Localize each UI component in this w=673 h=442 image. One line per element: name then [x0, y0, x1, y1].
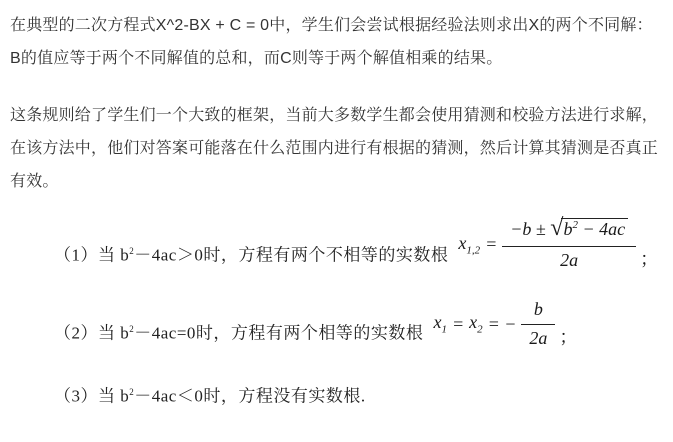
- formula-2-x1-subscript: 1: [441, 324, 447, 336]
- formula-quadratic-roots: x1,2 = −b ± √b2 − 4ac 2a ；: [458, 216, 658, 273]
- formula-1-lhs: x1,2: [458, 233, 480, 257]
- formula-2-equals-2: = −: [488, 314, 517, 335]
- item-1-rest: －4ac＞0时，方程有两个不相等的实数根: [134, 246, 448, 265]
- radicand-rest: − 4ac: [578, 219, 625, 239]
- formula-1-fraction: −b ± √b2 − 4ac 2a: [502, 216, 636, 273]
- list-item-2: （2）当 b2－4ac=0时，方程有两个相等的实数根 x1 = x2 = − b…: [54, 297, 663, 351]
- formula-1-numerator: −b ± √b2 − 4ac: [502, 216, 636, 246]
- formula-2-suffix: ；: [559, 323, 577, 349]
- formula-2-x2-variable: x: [469, 312, 477, 332]
- square-root: √b2 − 4ac: [550, 219, 628, 239]
- paragraph-intro-rule: 在典型的二次方程式X^2-BX + C = 0中，学生们会尝试根据经验法则求出X…: [10, 9, 663, 75]
- formula-1-equals: =: [485, 234, 497, 255]
- item-2-prefix: （2）当 b: [54, 324, 129, 343]
- formula-1-suffix: ；: [640, 245, 658, 271]
- list-item-1-text: （1）当 b2－4ac＞0时，方程有两个不相等的实数根: [54, 240, 448, 267]
- formula-1-num-prefix: −b ±: [510, 219, 550, 239]
- list-item-3: （3）当 b2－4ac＜0时，方程没有实数根.: [54, 381, 663, 414]
- formula-2-numerator: b: [521, 297, 555, 324]
- formula-1-subscript: 1,2: [466, 244, 480, 256]
- formula-2-denominator: 2a: [521, 324, 555, 351]
- formula-1-denominator: 2a: [502, 246, 636, 273]
- list-item-2-text: （2）当 b2－4ac=0时，方程有两个相等的实数根: [54, 318, 423, 345]
- formula-2-x2-subscript: 2: [477, 324, 483, 336]
- item-3-prefix: （3）当 b: [54, 387, 129, 406]
- radicand: b2 − 4ac: [561, 218, 628, 240]
- formula-2-equals-1: =: [452, 314, 464, 335]
- formula-2-x2: x2: [469, 312, 483, 336]
- paragraph-guess-check: 这条规则给了学生们一个大致的框架，当前大多数学生都会使用猜测和校验方法进行求解，…: [10, 99, 663, 198]
- formula-2-x1: x1: [433, 312, 447, 336]
- item-2-rest: －4ac=0时，方程有两个相等的实数根: [134, 324, 423, 343]
- formula-equal-roots: x1 = x2 = − b 2a ；: [433, 297, 577, 351]
- formula-2-fraction: b 2a: [521, 297, 555, 351]
- list-item-3-text: （3）当 b2－4ac＜0时，方程没有实数根.: [54, 381, 366, 408]
- document-body: 在典型的二次方程式X^2-BX + C = 0中，学生们会尝试根据经验法则求出X…: [0, 0, 673, 414]
- list-item-1: （1）当 b2－4ac＞0时，方程有两个不相等的实数根 x1,2 = −b ± …: [54, 216, 663, 273]
- item-1-prefix: （1）当 b: [54, 246, 129, 265]
- item-3-rest: －4ac＜0时，方程没有实数根.: [134, 387, 365, 406]
- radical-sign-icon: √: [550, 215, 563, 241]
